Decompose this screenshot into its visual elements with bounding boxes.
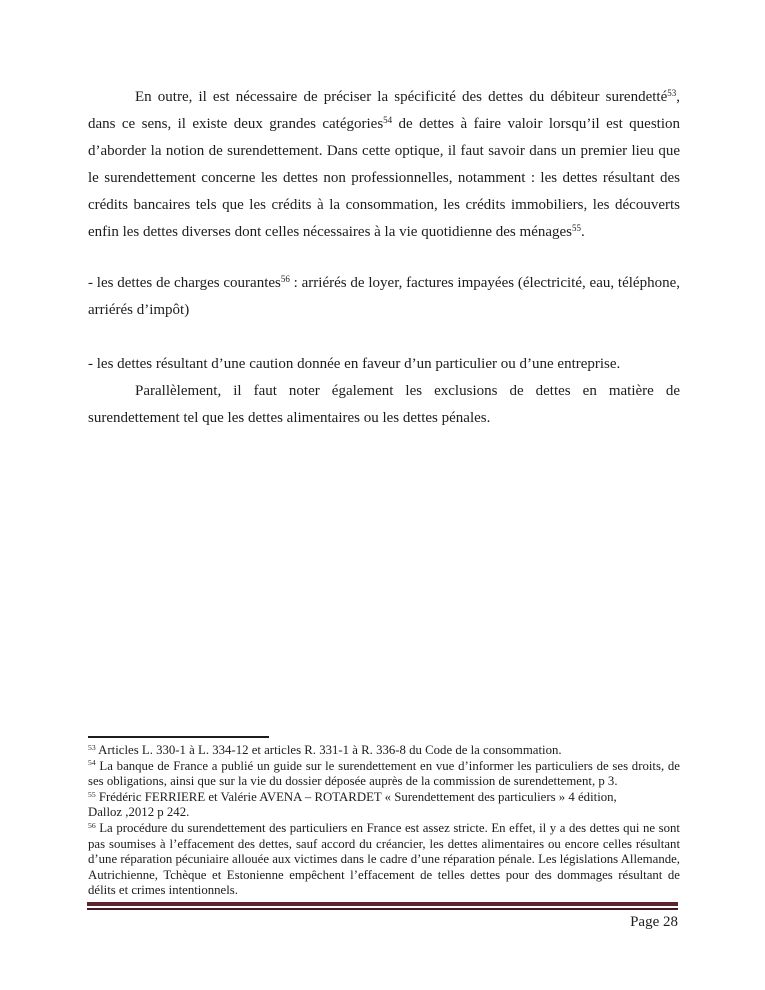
- footnote-ref: 54: [383, 115, 392, 125]
- footnote-item: 54 La banque de France a publié un guide…: [88, 759, 680, 790]
- footnote-ref: 53: [667, 88, 676, 98]
- body-paragraph: En outre, il est nécessaire de préciser …: [88, 84, 680, 246]
- document-page: En outre, il est nécessaire de préciser …: [0, 0, 765, 990]
- body-text: En outre, il est nécessaire de préciser …: [88, 84, 680, 432]
- footnote-separator-rule: [88, 736, 269, 738]
- footnotes-list: 53 Articles L. 330-1 à L. 334-12 et arti…: [88, 743, 680, 899]
- footnote-item: 56 La procédure du surendettement des pa…: [88, 821, 680, 899]
- page-number-label: Page 28: [630, 912, 678, 932]
- body-paragraph: Parallèlement, il faut noter également l…: [88, 378, 680, 432]
- footer-rule-thin: [87, 908, 678, 910]
- footnote-number: 54: [88, 758, 96, 767]
- footnote-item: 53 Articles L. 330-1 à L. 334-12 et arti…: [88, 743, 680, 759]
- footnote-number: 55: [88, 790, 96, 799]
- body-paragraph: - les dettes résultant d’une caution don…: [88, 351, 680, 378]
- footnote-ref: 55: [572, 223, 581, 233]
- footnote-item: 55 Frédéric FERRIERE et Valérie AVENA – …: [88, 790, 680, 821]
- footnote-number: 53: [88, 743, 96, 752]
- body-paragraph: - les dettes de charges courantes56 : ar…: [88, 270, 680, 324]
- footnotes-section: 53 Articles L. 330-1 à L. 334-12 et arti…: [88, 736, 680, 899]
- footnote-ref: 56: [281, 274, 290, 284]
- footer-rule-thick: [87, 902, 678, 906]
- footnote-number: 56: [88, 821, 96, 830]
